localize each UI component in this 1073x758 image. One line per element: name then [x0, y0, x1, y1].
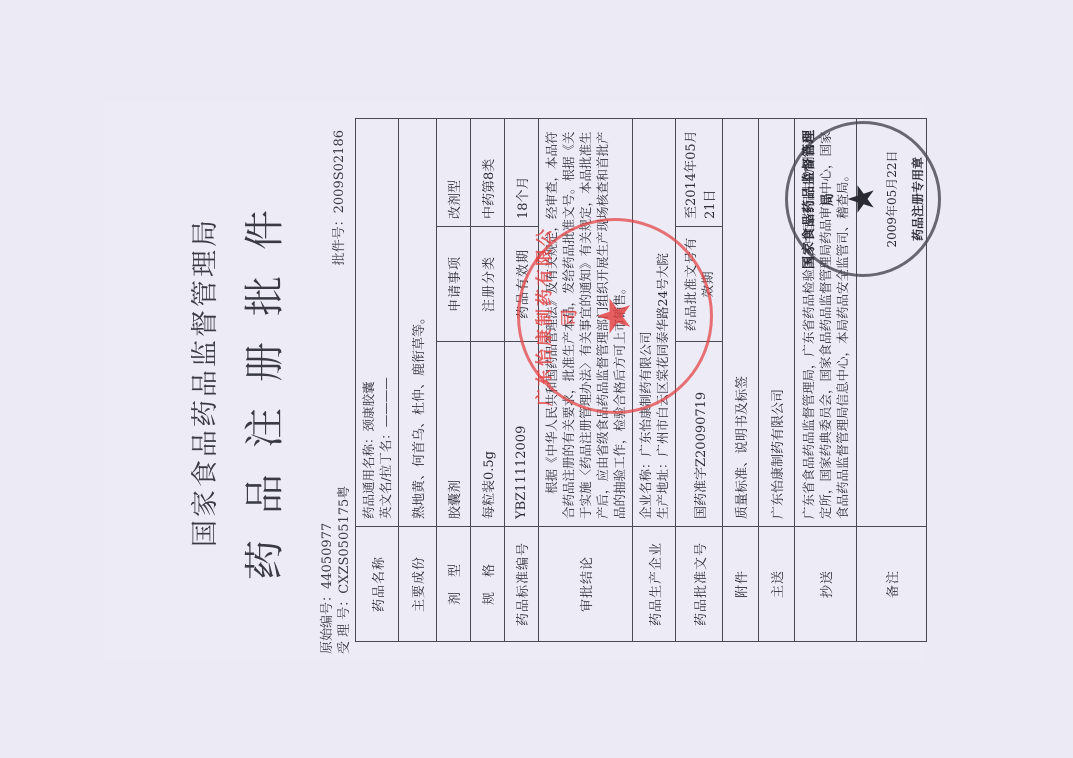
row-dosage-form: 剂 型 胶囊剂 申请事项 改剂型	[437, 119, 471, 642]
row-manufacturer: 药品生产企业 企业名称：广东怡康制药有限公司 生产地址：广州市白云区棠花同泰华路…	[633, 119, 676, 642]
issuing-agency: 国家食品药品监督管理局	[183, 102, 222, 662]
row-recipient: 主送 广东怡康制药有限公司	[759, 119, 795, 642]
acceptance-number: 受 理 号：CXZS0505175粤	[336, 486, 353, 654]
row-approval-number: 药品批准文号 国药准字Z20090719 药品批准文号有效期 至2014年05月…	[676, 119, 723, 642]
english-name: ————	[378, 377, 393, 427]
value-manufacturer: 企业名称：广东怡康制药有限公司 生产地址：广州市白云区棠花同泰华路24号大院	[633, 119, 676, 527]
value-conclusion: 根据《中华人民共和国药品管理法》及有关规定，经审查，本品符合药品注册的有关要求，…	[539, 119, 633, 527]
value-approval-number: 国药准字Z20090719	[676, 342, 723, 527]
label-drug-name: 药品名称	[356, 527, 399, 642]
value-shelf-life: 18个月	[505, 119, 539, 227]
document-numbers: 原始编号：44050977 受 理 号：CXZS0505175粤	[319, 486, 353, 654]
generic-name: 颈康胶囊	[361, 381, 376, 431]
manufacturer-name: 广东怡康制药有限公司	[638, 331, 653, 456]
row-cc: 抄送 广东省食品药品监督管理局，广东省药品检验所，中国药品生物制品检定所，国家药…	[795, 119, 857, 642]
row-conclusion: 审批结论 根据《中华人民共和国药品管理法》及有关规定，经审查，本品符合药品注册的…	[539, 119, 633, 642]
approval-document-number: 批件号：2009S02186	[331, 130, 348, 265]
row-attachments: 附件 质量标准、说明书及标签	[723, 119, 759, 642]
value-approval-validity: 至2014年05月21日	[676, 119, 723, 227]
value-registration-class: 中药第8类	[471, 119, 505, 227]
original-number: 原始编号：44050977	[319, 486, 336, 654]
manufacturer-address: 广州市白云区棠花同泰华路24号大院	[655, 253, 670, 456]
value-application-item: 改剂型	[437, 119, 471, 227]
value-standard-number: YBZ11112009	[505, 342, 539, 527]
row-remarks: 备注	[857, 119, 927, 642]
value-cc: 广东省食品药品监督管理局，广东省药品检验所，中国药品生物制品检定所，国家药典委员…	[795, 119, 857, 527]
value-drug-name: 药品通用名称：颈康胶囊 英文名/拉丁名：————	[356, 119, 399, 527]
value-recipient: 广东怡康制药有限公司	[759, 119, 795, 527]
document-page: 国家食品药品监督管理局 药品注册批件 原始编号：44050977 受 理 号：C…	[105, 102, 925, 662]
row-drug-name: 药品名称 药品通用名称：颈康胶囊 英文名/拉丁名：————	[356, 119, 399, 642]
value-specification: 每粒装0.5g	[471, 342, 505, 527]
row-ingredients: 主要成份 熟地黄、何首乌、杜仲、鹿衔草等。	[399, 119, 437, 642]
document-title: 药品注册批件	[233, 102, 290, 662]
value-dosage-form: 胶囊剂	[437, 342, 471, 527]
registration-table: 药品名称 药品通用名称：颈康胶囊 英文名/拉丁名：———— 主要成份 熟地黄、何…	[355, 118, 927, 642]
row-standard-number: 药品标准编号 YBZ11112009 药品有效期 18个月	[505, 119, 539, 642]
value-remarks	[857, 119, 927, 527]
value-attachments: 质量标准、说明书及标签	[723, 119, 759, 527]
value-ingredients: 熟地黄、何首乌、杜仲、鹿衔草等。	[399, 119, 437, 527]
row-specification: 规 格 每粒装0.5g 注册分类 中药第8类	[471, 119, 505, 642]
